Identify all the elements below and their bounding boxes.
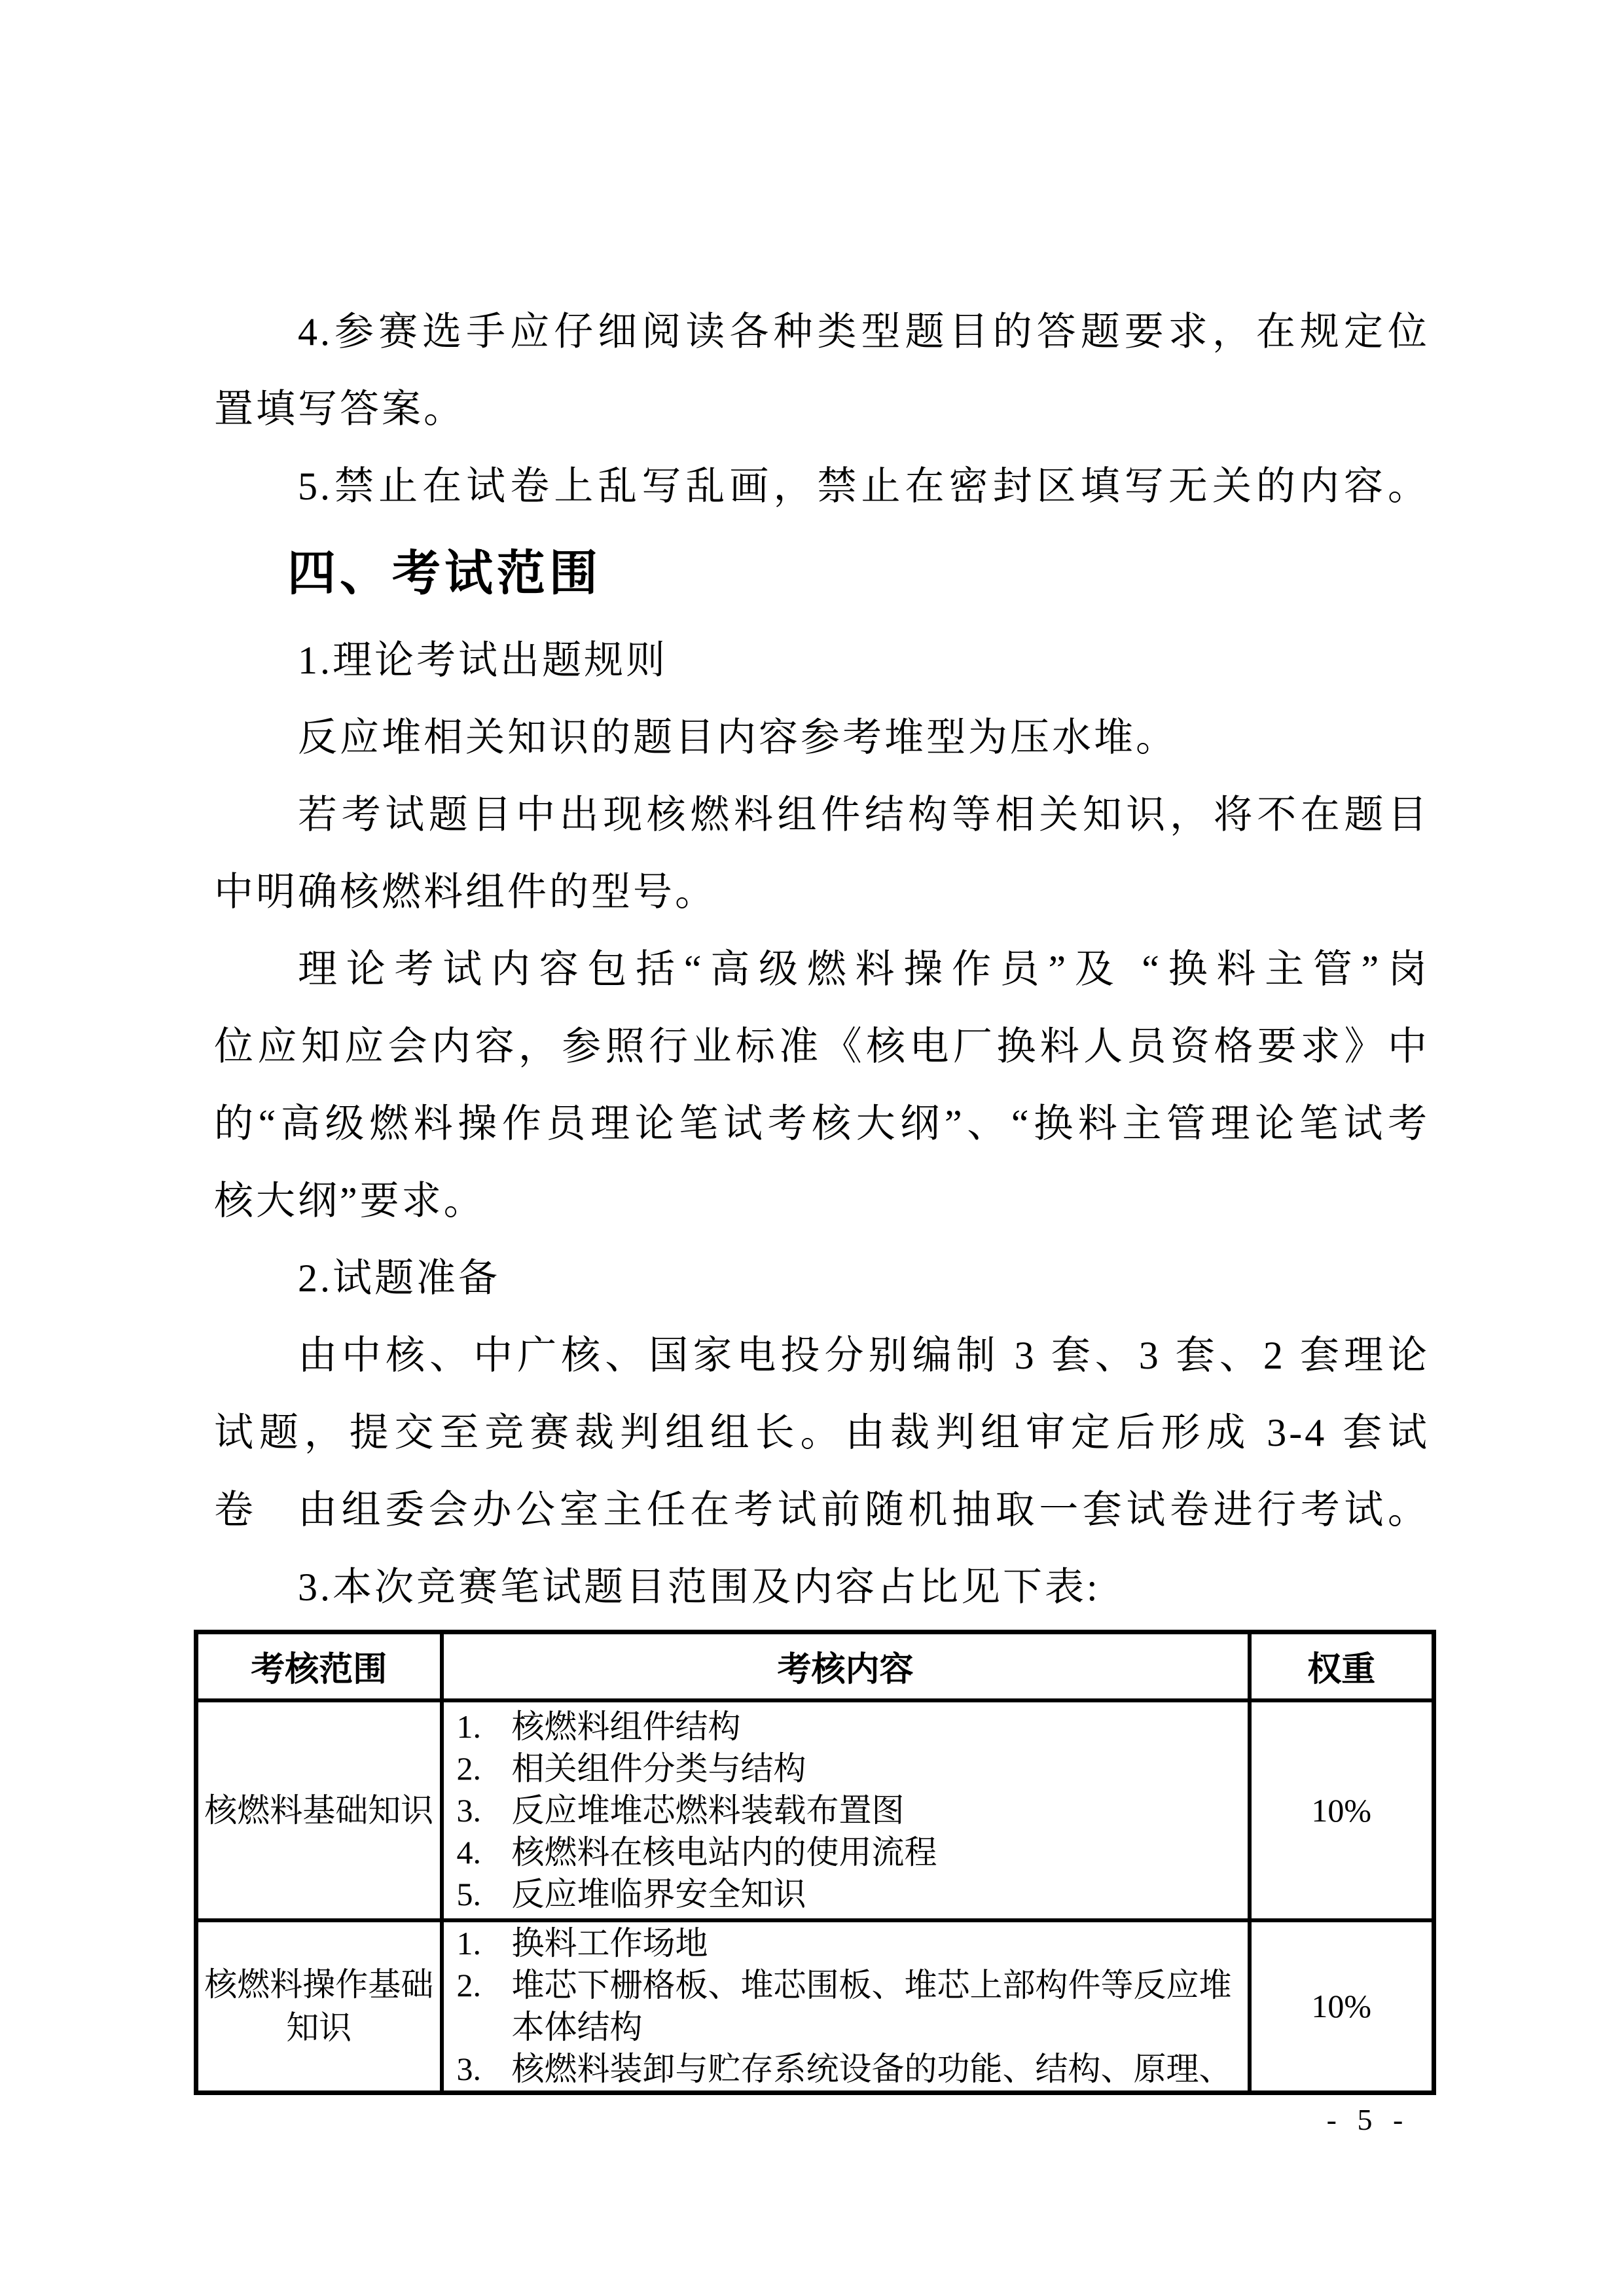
table-row: 核燃料操作基础知识1.换料工作场地2.堆芯下栅格板、堆芯围板、堆芯上部构件等反应… (196, 1920, 1434, 2093)
text-line: 1.理论考试出题规则 (214, 622, 1430, 699)
document-page: 4.参赛选手应仔细阅读各种类型题目的答题要求，在规定位置填写答案。5.禁止在试卷… (0, 0, 1624, 2296)
text-line: 若考试题目中出现核燃料组件结构等相关知识，将不在题目 (214, 776, 1430, 853)
content-item: 1.核燃料组件结构 (444, 1706, 1248, 1748)
column-header: 权重 (1250, 1632, 1434, 1700)
table-body: 核燃料基础知识1.核燃料组件结构2.相关组件分类与结构3.反应堆堆芯燃料装载布置… (196, 1700, 1434, 2093)
content-cell: 1.核燃料组件结构2.相关组件分类与结构3.反应堆堆芯燃料装载布置图4.核燃料在… (442, 1700, 1250, 1920)
content-item: 4.核燃料在核电站内的使用流程 (444, 1831, 1248, 1873)
item-text: 反应堆临界安全知识 (512, 1873, 1248, 1915)
scope-cell: 核燃料操作基础知识 (196, 1920, 442, 2093)
text-line: 试题，提交至竞赛裁判组组长。由裁判组审定后形成 3-4 套试卷。 (214, 1394, 1430, 1471)
content-item: 1.换料工作场地 (444, 1922, 1248, 1964)
text-line: 置填写答案。 (214, 370, 1430, 448)
text-line: 2.试题准备 (214, 1240, 1430, 1317)
item-text: 核燃料在核电站内的使用流程 (512, 1831, 1248, 1873)
document-body: 4.参赛选手应仔细阅读各种类型题目的答题要求，在规定位置填写答案。5.禁止在试卷… (214, 293, 1430, 1626)
item-number: 2. (444, 1748, 512, 1789)
text-line: 位应知应会内容，参照行业标准《核电厂换料人员资格要求》中 (214, 1008, 1430, 1085)
item-text: 相关组件分类与结构 (512, 1748, 1248, 1789)
item-number: 3. (444, 1789, 512, 1831)
content-item: 3.核燃料装卸与贮存系统设备的功能、结构、原理、 (444, 2048, 1248, 2090)
item-text: 核燃料装卸与贮存系统设备的功能、结构、原理、 (512, 2048, 1248, 2090)
content-item: 2.堆芯下栅格板、堆芯围板、堆芯上部构件等反应堆本体结构 (444, 1964, 1248, 2048)
item-text: 堆芯下栅格板、堆芯围板、堆芯上部构件等反应堆本体结构 (512, 1964, 1248, 2048)
content-item: 5.反应堆临界安全知识 (444, 1873, 1248, 1915)
text-line: 理论考试内容包括“高级燃料操作员”及 “换料主管”岗 (214, 931, 1430, 1008)
item-text: 核燃料组件结构 (512, 1706, 1248, 1748)
page-number: - 5 - (1309, 2102, 1427, 2137)
item-number: 2. (444, 1964, 512, 2006)
text-line: 反应堆相关知识的题目内容参考堆型为压水堆。 (214, 699, 1430, 776)
weight-cell: 10% (1250, 1920, 1434, 2093)
text-line: 中明确核燃料组件的型号。 (214, 853, 1430, 931)
table-header-row: 考核范围考核内容权重 (196, 1632, 1434, 1700)
column-header: 考核内容 (442, 1632, 1250, 1700)
scope-cell: 核燃料基础知识 (196, 1700, 442, 1920)
text-line: 4.参赛选手应仔细阅读各种类型题目的答题要求，在规定位 (214, 293, 1430, 370)
text-line: 由组委会办公室主任在考试前随机抽取一套试卷进行考试。 (214, 1471, 1430, 1549)
item-number: 1. (444, 1706, 512, 1748)
column-header: 考核范围 (196, 1632, 442, 1700)
content-cell: 1.换料工作场地2.堆芯下栅格板、堆芯围板、堆芯上部构件等反应堆本体结构3.核燃… (442, 1920, 1250, 2093)
text-line: 的“高级燃料操作员理论笔试考核大纲”、“换料主管理论笔试考 (214, 1085, 1430, 1162)
item-number: 5. (444, 1873, 512, 1915)
text-line: 由中核、中广核、国家电投分别编制 3 套、3 套、2 套理论 (214, 1317, 1430, 1394)
item-number: 4. (444, 1831, 512, 1873)
weight-cell: 10% (1250, 1700, 1434, 1920)
text-line: 3.本次竞赛笔试题目范围及内容占比见下表: (214, 1549, 1430, 1626)
text-line: 核大纲”要求。 (214, 1162, 1430, 1240)
table-head: 考核范围考核内容权重 (196, 1632, 1434, 1700)
exam-scope-table: 考核范围考核内容权重 核燃料基础知识1.核燃料组件结构2.相关组件分类与结构3.… (194, 1630, 1436, 2095)
item-number: 1. (444, 1922, 512, 1964)
item-text: 反应堆堆芯燃料装载布置图 (512, 1789, 1248, 1831)
content-item: 2.相关组件分类与结构 (444, 1748, 1248, 1789)
text-line: 5.禁止在试卷上乱写乱画，禁止在密封区填写无关的内容。 (214, 448, 1430, 525)
table-row: 核燃料基础知识1.核燃料组件结构2.相关组件分类与结构3.反应堆堆芯燃料装载布置… (196, 1700, 1434, 1920)
section-heading: 四、考试范围 (214, 525, 1430, 622)
item-text: 换料工作场地 (512, 1922, 1248, 1964)
item-number: 3. (444, 2048, 512, 2090)
content-item: 3.反应堆堆芯燃料装载布置图 (444, 1789, 1248, 1831)
